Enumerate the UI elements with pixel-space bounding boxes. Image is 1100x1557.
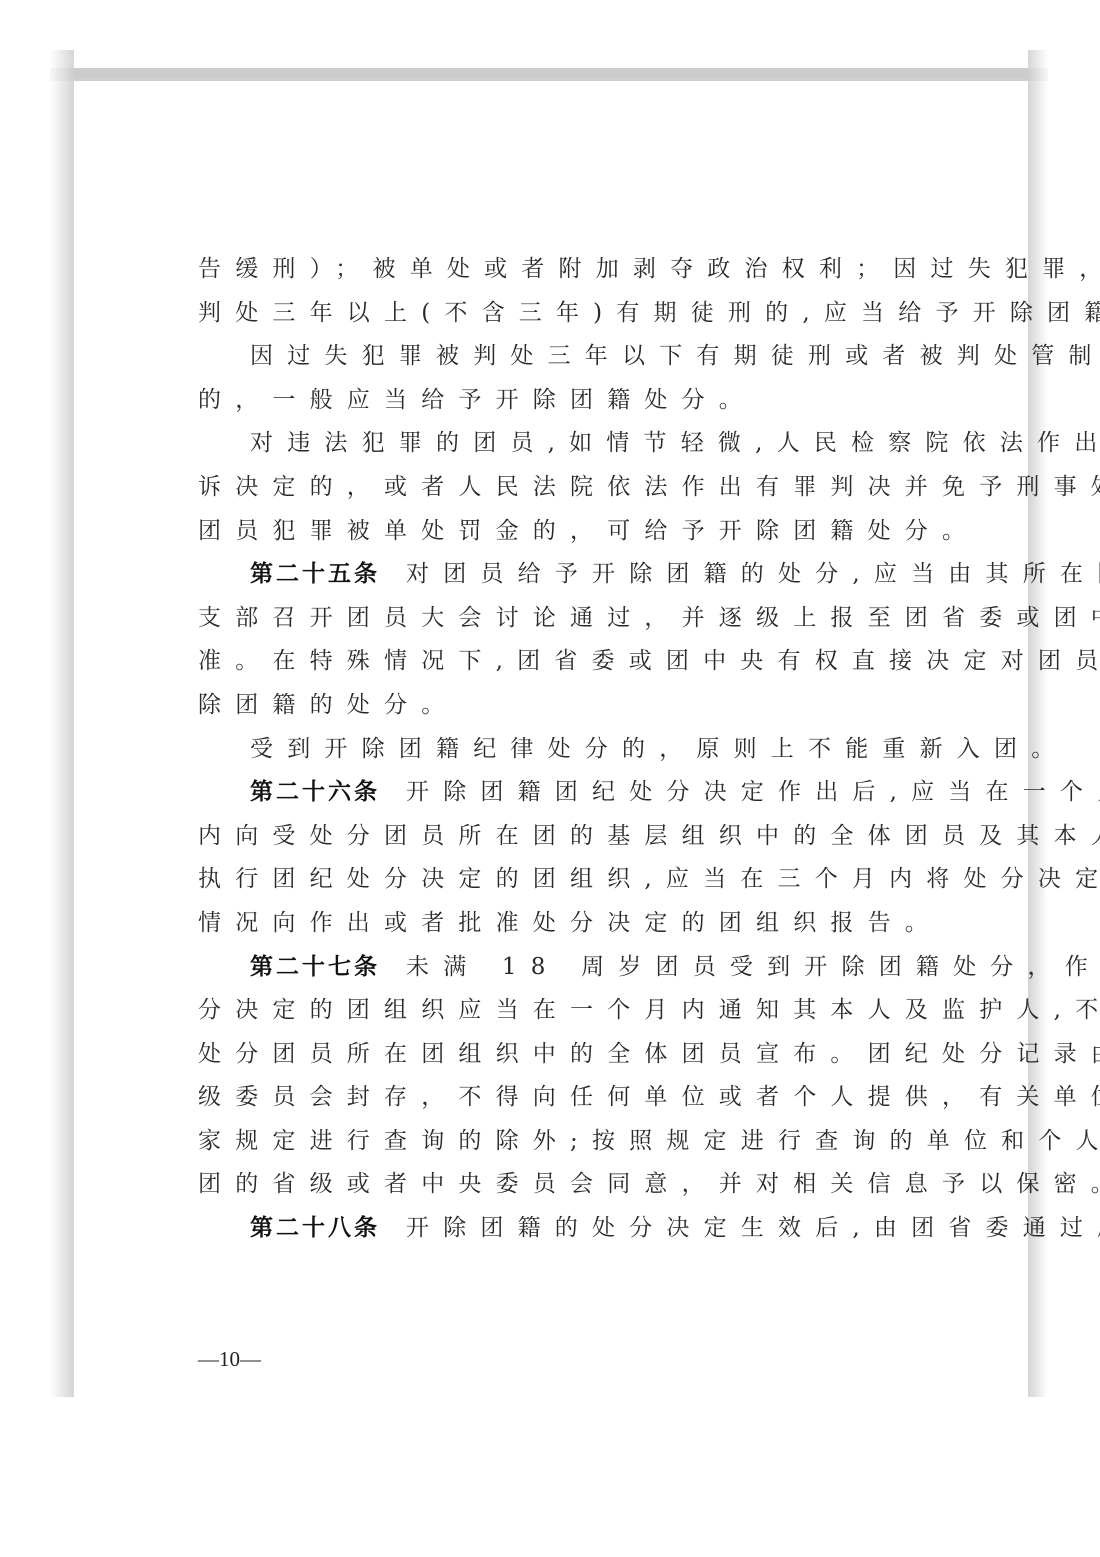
line-text: 的，一般应当给予开除团籍处分。 <box>198 387 756 413</box>
line-text: 对违法犯罪的团员,如情节轻微,人民检察院依法作出不起 <box>250 430 1100 456</box>
line-text: 内向受处分团员所在团的基层组织中的全体团员及其本人宣布。 <box>198 823 1100 849</box>
line-text: 处分团员所在团组织中的全体团员宣布。团纪处分记录由团的省 <box>198 1041 1100 1067</box>
page-body-text: 告缓刑）；被单处或者附加剥夺政治权利；因过失犯罪，被依法 判处三年以上(不含三年… <box>198 248 918 1251</box>
line-text: 开除团籍的处分决定生效后,由团省委通过广 <box>406 1215 1100 1241</box>
line-text: 分决定的团组织应当在一个月内通知其本人及监护人,不再向受 <box>198 997 1100 1023</box>
text-line: 准。在特殊情况下,团省委或团中央有权直接决定对团员给予开 <box>198 640 918 684</box>
text-line: 情况向作出或者批准处分决定的团组织报告。 <box>198 902 918 946</box>
line-text: 开除团籍团纪处分决定作出后,应当在一个月 <box>406 779 1100 805</box>
article-label: 第二十八条 <box>250 1215 380 1241</box>
line-text: 因过失犯罪被判处三年以下有期徒刑或者被判处管制、拘役 <box>250 343 1100 369</box>
page-left-shadow <box>50 81 74 1397</box>
line-text: 情况向作出或者批准处分决定的团组织报告。 <box>198 910 942 936</box>
page-separator <box>74 68 1028 81</box>
line-text: 告缓刑）；被单处或者附加剥夺政治权利；因过失犯罪，被依法 <box>198 256 1100 282</box>
text-line: 团的省级或者中央委员会同意，并对相关信息予以保密。 <box>198 1163 918 1207</box>
text-line: 支部召开团员大会讨论通过，并逐级上报至团省委或团中央核 <box>198 597 918 641</box>
text-line: 告缓刑）；被单处或者附加剥夺政治权利；因过失犯罪，被依法 <box>198 248 918 292</box>
line-text: 家规定进行查询的除外;按照规定进行查询的单位和个人应当经 <box>198 1128 1100 1154</box>
text-line: 分决定的团组织应当在一个月内通知其本人及监护人,不再向受 <box>198 989 918 1033</box>
previous-page-bottom <box>74 50 1028 68</box>
text-line: 家规定进行查询的除外;按照规定进行查询的单位和个人应当经 <box>198 1120 918 1164</box>
line-text: 团员犯罪被单处罚金的，可给予开除团籍处分。 <box>198 518 979 544</box>
text-line: 团员犯罪被单处罚金的，可给予开除团籍处分。 <box>198 510 918 554</box>
text-line: 因过失犯罪被判处三年以下有期徒刑或者被判处管制、拘役 <box>198 335 918 379</box>
text-line: 除团籍的处分。 <box>198 684 918 728</box>
text-line: 内向受处分团员所在团的基层组织中的全体团员及其本人宣布。 <box>198 815 918 859</box>
text-line: 处分团员所在团组织中的全体团员宣布。团纪处分记录由团的省 <box>198 1033 918 1077</box>
text-line: 受到开除团籍纪律处分的，原则上不能重新入团。 <box>198 728 918 772</box>
article-label: 第二十六条 <box>250 779 380 805</box>
text-line: 判处三年以上(不含三年)有期徒刑的,应当给予开除团籍处分。 <box>198 292 918 336</box>
article-27-heading-line: 第二十七条未满 18 周岁团员受到开除团籍处分，作出处 <box>198 946 918 990</box>
line-text: 团的省级或者中央委员会同意，并对相关信息予以保密。 <box>198 1171 1100 1197</box>
page-number: —10— <box>198 1347 261 1372</box>
previous-page-right-shadow <box>1028 50 1048 68</box>
article-28-heading-line: 第二十八条开除团籍的处分决定生效后,由团省委通过广 <box>198 1207 918 1251</box>
page-gap-left <box>50 68 74 81</box>
article-label: 第二十七条 <box>250 954 380 980</box>
text-line: 级委员会封存，不得向任何单位或者个人提供，有关单位根据国 <box>198 1076 918 1120</box>
line-text: 判处三年以上(不含三年)有期徒刑的,应当给予开除团籍处分。 <box>198 300 1100 326</box>
article-26-heading-line: 第二十六条开除团籍团纪处分决定作出后,应当在一个月 <box>198 771 918 815</box>
line-text: 级委员会封存，不得向任何单位或者个人提供，有关单位根据国 <box>198 1084 1100 1110</box>
text-line: 诉决定的，或者人民法院依法作出有罪判决并免予刑事处罚的； <box>198 466 918 510</box>
article-label: 第二十五条 <box>250 561 380 587</box>
article-25-heading-line: 第二十五条对团员给予开除团籍的处分,应当由其所在团 <box>198 553 918 597</box>
line-text: 对团员给予开除团籍的处分,应当由其所在团 <box>406 561 1100 587</box>
text-line: 的，一般应当给予开除团籍处分。 <box>198 379 918 423</box>
line-text: 诉决定的，或者人民法院依法作出有罪判决并免予刑事处罚的； <box>198 474 1100 500</box>
line-text: 准。在特殊情况下,团省委或团中央有权直接决定对团员给予开 <box>198 648 1100 674</box>
page-gap-right <box>1028 68 1048 81</box>
line-text: 受到开除团籍纪律处分的，原则上不能重新入团。 <box>250 736 1068 762</box>
text-line: 执行团纪处分决定的团组织,应当在三个月内将处分决定的执行 <box>198 858 918 902</box>
line-text: 执行团纪处分决定的团组织,应当在三个月内将处分决定的执行 <box>198 866 1100 892</box>
line-text: 未满 18 周岁团员受到开除团籍处分，作出处 <box>406 954 1100 980</box>
line-text: 支部召开团员大会讨论通过，并逐级上报至团省委或团中央核 <box>198 605 1100 631</box>
line-text: 除团籍的处分。 <box>198 692 458 718</box>
text-line: 对违法犯罪的团员,如情节轻微,人民检察院依法作出不起 <box>198 422 918 466</box>
previous-page-left-shadow <box>50 50 74 68</box>
